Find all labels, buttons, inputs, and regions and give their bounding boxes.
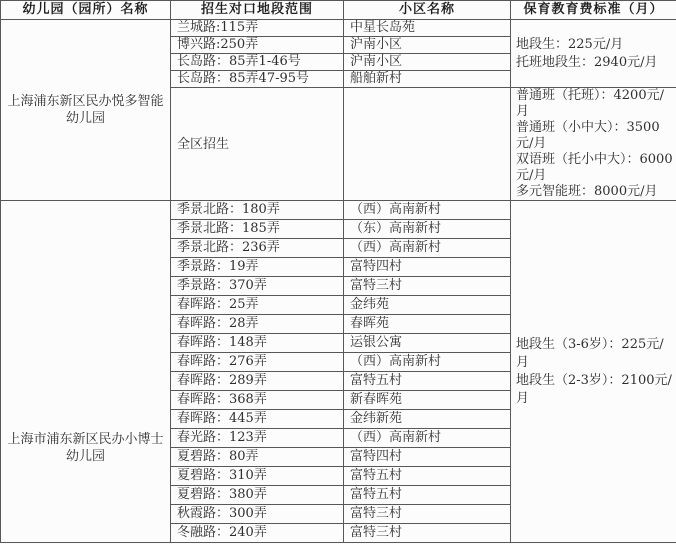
community-cell: 沪南小区 (344, 37, 511, 54)
address-cell: 全区招生 (171, 88, 344, 201)
fee-line: 多元智能班：8000元/月 (516, 184, 674, 200)
section-yueduo-kindergarten: 上海浦东新区民办悦多智能幼儿园 兰城路:115弄 中星长岛苑 地段生：225元/… (1, 20, 676, 201)
community-cell: 富特三村 (344, 277, 511, 296)
community-cell: 新春晖苑 (344, 391, 511, 410)
fee-line: 托班地段生：2940元/月 (516, 54, 674, 72)
community-cell: 富特五村 (344, 486, 511, 505)
address-cell: 夏碧路：80弄 (171, 448, 344, 467)
community-cell: 金纬新苑 (344, 410, 511, 429)
fee-line: 地段生（2-3岁）：2100元/月 (516, 372, 674, 408)
address-cell: 春晖路：289弄 (171, 372, 344, 391)
community-cell: 中星长岛苑 (344, 20, 511, 37)
kindergarten-fee-page: 幼儿园（园所）名称 招生对口地段范围 小区名称 保育教育费标准（月） 上海浦东新… (0, 0, 676, 544)
community-cell: （西）高南新村 (344, 429, 511, 448)
header-row: 幼儿园（园所）名称 招生对口地段范围 小区名称 保育教育费标准（月） (1, 1, 676, 20)
address-cell: 季景北路：236弄 (171, 239, 344, 258)
address-cell: 季景路：370弄 (171, 277, 344, 296)
community-cell: 运银公寓 (344, 334, 511, 353)
address-cell: 春晖路：28弄 (171, 315, 344, 334)
address-cell: 春晖路：148弄 (171, 334, 344, 353)
community-cell: 金纬苑 (344, 296, 511, 315)
community-cell: 沪南小区 (344, 54, 511, 71)
fee-line: 双语班（托小中大）：6000元/月 (516, 152, 674, 184)
fee-cell: 普通班（托班）：4200元/月 普通班（小中大）：3500元/月 双语班（托小中… (511, 88, 676, 201)
address-cell: 兰城路:115弄 (171, 20, 344, 37)
address-cell: 长岛路：85弄47-95号 (171, 71, 344, 88)
community-cell: 富特四村 (344, 448, 511, 467)
address-cell: 春晖路：25弄 (171, 296, 344, 315)
address-cell: 季景路：19弄 (171, 258, 344, 277)
address-cell: 秋霞路：300弄 (171, 505, 344, 524)
fee-cell: 地段生（3-6岁）：225元/月 地段生（2-3岁）：2100元/月 (511, 201, 676, 543)
fee-line: 地段生：225元/月 (516, 36, 674, 54)
community-cell: 船舶新村 (344, 71, 511, 88)
community-cell: 富特四村 (344, 258, 511, 277)
address-cell: 博兴路:250弄 (171, 37, 344, 54)
table-row: 上海浦东新区民办悦多智能幼儿园 兰城路:115弄 中星长岛苑 地段生：225元/… (1, 20, 676, 37)
community-cell-empty (344, 88, 511, 201)
community-cell: 富特三村 (344, 505, 511, 524)
community-cell: 春晖苑 (344, 315, 511, 334)
community-cell: 富特三村 (344, 524, 511, 543)
fee-line: 普通班（托班）：4200元/月 (516, 88, 674, 120)
address-cell: 季景北路：180弄 (171, 201, 344, 220)
address-cell: 春晖路：276弄 (171, 353, 344, 372)
community-cell: （西）高南新村 (344, 353, 511, 372)
address-cell: 春晖路：368弄 (171, 391, 344, 410)
address-cell: 冬融路：240弄 (171, 524, 344, 543)
address-cell: 夏碧路：380弄 (171, 486, 344, 505)
column-header-enrollment-range: 招生对口地段范围 (171, 1, 344, 20)
table-row: 上海市浦东新区民办小博士幼儿园 季景北路：180弄 （西）高南新村 地段生（3-… (1, 201, 676, 220)
address-cell: 春晖路：445弄 (171, 410, 344, 429)
fee-line: 地段生（3-6岁）：225元/月 (516, 336, 674, 372)
address-cell: 季景北路：185弄 (171, 220, 344, 239)
kindergarten-fee-table: 幼儿园（园所）名称 招生对口地段范围 小区名称 保育教育费标准（月） 上海浦东新… (0, 0, 676, 543)
community-cell: （东）高南新村 (344, 220, 511, 239)
kindergarten-name-cell: 上海浦东新区民办悦多智能幼儿园 (1, 20, 171, 201)
community-cell: 富特五村 (344, 372, 511, 391)
address-cell: 夏碧路：310弄 (171, 467, 344, 486)
column-header-fee-standard: 保育教育费标准（月） (511, 1, 676, 20)
community-cell: （西）高南新村 (344, 201, 511, 220)
community-cell: 富特五村 (344, 467, 511, 486)
kindergarten-name-cell: 上海市浦东新区民办小博士幼儿园 (1, 201, 171, 543)
address-cell: 长岛路：85弄1-46号 (171, 54, 344, 71)
community-cell: （西）高南新村 (344, 239, 511, 258)
column-header-community-name: 小区名称 (344, 1, 511, 20)
fee-cell: 地段生：225元/月 托班地段生：2940元/月 (511, 20, 676, 88)
fee-line: 普通班（小中大）：3500元/月 (516, 120, 674, 152)
section-xiaoboshi-kindergarten: 上海市浦东新区民办小博士幼儿园 季景北路：180弄 （西）高南新村 地段生（3-… (1, 201, 676, 543)
address-cell: 春光路：123弄 (171, 429, 344, 448)
column-header-kindergarten-name: 幼儿园（园所）名称 (1, 1, 171, 20)
